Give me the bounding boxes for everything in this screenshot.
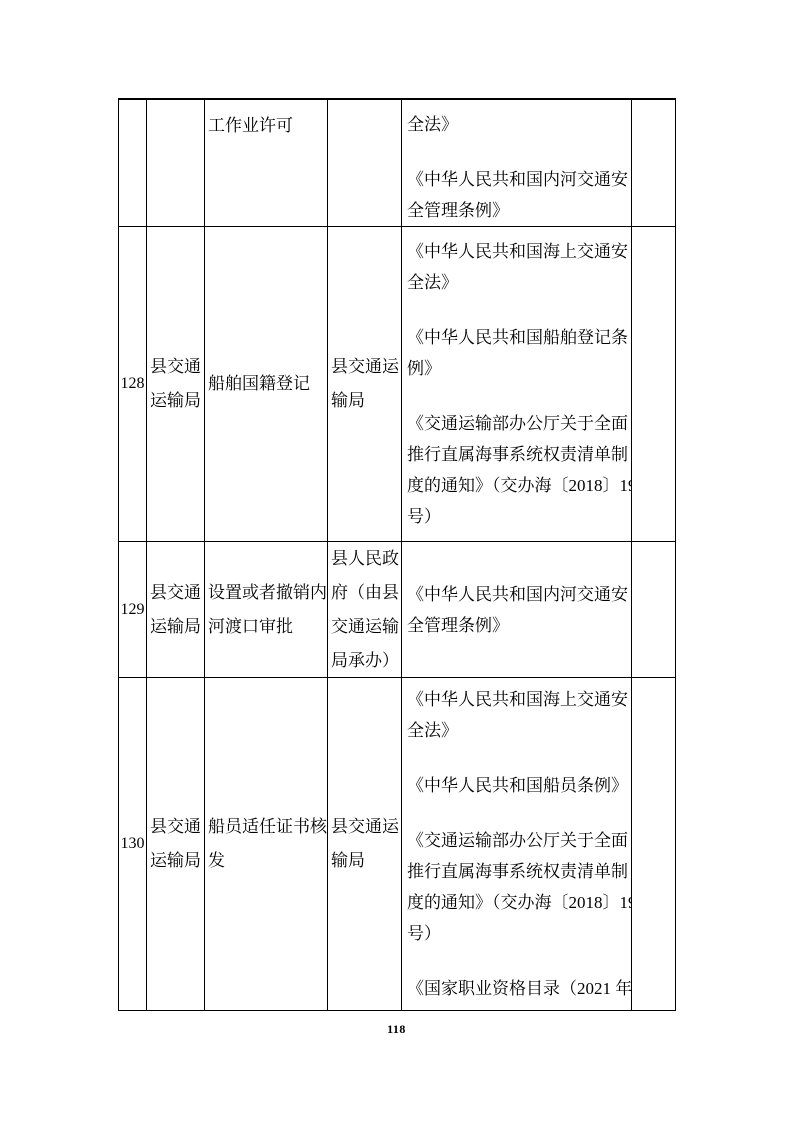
task-name-cell: 设置或者撤销内 河渡口审批 xyxy=(205,542,328,678)
legal-basis-paragraph: 《中华人民共和国船舶登记条 例》 xyxy=(407,322,630,384)
legal-basis-paragraph: 《中华人民共和国内河交通安 全管理条例》 xyxy=(407,164,630,226)
row-number-cell: 130 xyxy=(119,678,147,1011)
legal-basis-paragraph: 《中华人民共和国海上交通安 全法》 xyxy=(407,236,630,298)
agency-cell: 县交通运 输局 xyxy=(328,678,402,1011)
remark-cell xyxy=(632,542,676,678)
legal-basis-paragraph: 《交通运输部办公厅关于全面 推行直属海事系统权责清单制 度的通知》（交办海〔20… xyxy=(407,408,630,532)
agency-cell: 县人民政 府（由县 交通运输 局承办） xyxy=(328,542,402,678)
legal-basis-cell: 全法》 《中华人民共和国内河交通安 全管理条例》 xyxy=(402,100,632,227)
task-name-cell: 船舶国籍登记 xyxy=(205,227,328,542)
task-name-cell: 船员适任证书核 发 xyxy=(205,678,328,1011)
legal-basis-paragraph: 《中华人民共和国船员条例》 xyxy=(407,770,630,801)
page-number: 118 xyxy=(0,1022,793,1037)
remark-cell xyxy=(632,678,676,1011)
department-cell: 县交通 运输局 xyxy=(147,678,205,1011)
legal-basis-paragraph: 全法》 xyxy=(407,109,630,140)
legal-basis-paragraph: 《中华人民共和国海上交通安 全法》 xyxy=(407,684,630,746)
permissions-table: 工作业许可 全法》 《中华人民共和国内河交通安 全管理条例》 128 县交通 运… xyxy=(118,98,676,1011)
legal-basis-paragraph: 《交通运输部办公厅关于全面 推行直属海事系统权责清单制 度的通知》（交办海〔20… xyxy=(407,825,630,949)
department-cell xyxy=(147,100,205,227)
legal-basis-cell: 《中华人民共和国内河交通安 全管理条例》 xyxy=(402,542,632,678)
row-number-cell xyxy=(119,100,147,227)
department-cell: 县交通 运输局 xyxy=(147,227,205,542)
remark-cell xyxy=(632,100,676,227)
task-name-cell: 工作业许可 xyxy=(205,100,328,227)
row-number-cell: 129 xyxy=(119,542,147,678)
agency-cell: 县交通运 输局 xyxy=(328,227,402,542)
row-number-cell: 128 xyxy=(119,227,147,542)
legal-basis-paragraph: 《国家职业资格目录（2021 年 xyxy=(407,973,630,1004)
legal-basis-cell: 《中华人民共和国海上交通安 全法》 《中华人民共和国船舶登记条 例》 《交通运输… xyxy=(402,227,632,542)
legal-basis-paragraph: 《中华人民共和国内河交通安 全管理条例》 xyxy=(407,579,630,641)
document-page: 工作业许可 全法》 《中华人民共和国内河交通安 全管理条例》 128 县交通 运… xyxy=(0,0,793,1122)
remark-cell xyxy=(632,227,676,542)
legal-basis-cell: 《中华人民共和国海上交通安 全法》 《中华人民共和国船员条例》 《交通运输部办公… xyxy=(402,678,632,1011)
agency-cell xyxy=(328,100,402,227)
department-cell: 县交通 运输局 xyxy=(147,542,205,678)
